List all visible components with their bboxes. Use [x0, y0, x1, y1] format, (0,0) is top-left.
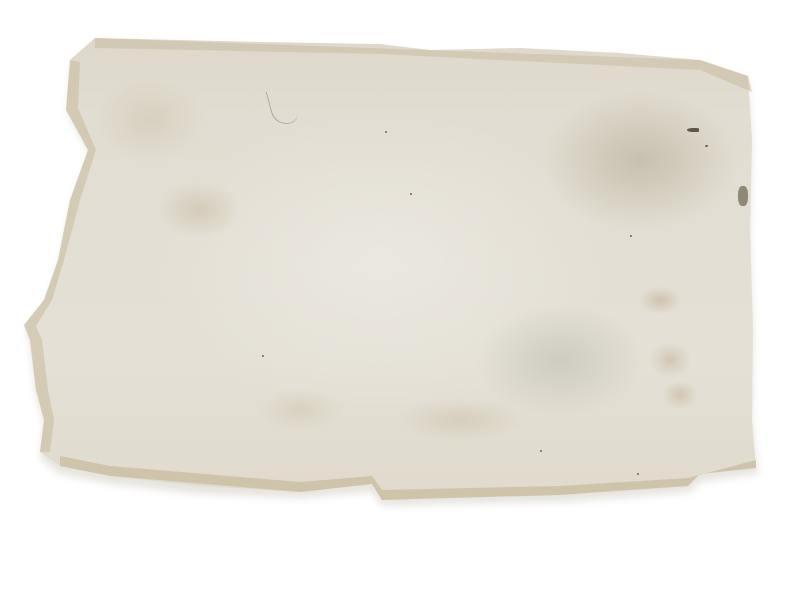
speck: [262, 355, 264, 357]
dark-stain: [738, 186, 748, 206]
speck: [637, 473, 639, 475]
speck: [385, 131, 387, 133]
speck: [630, 235, 632, 237]
speck: [705, 145, 708, 147]
ink-spot: [687, 128, 699, 132]
speck: [540, 450, 542, 452]
speck: [410, 193, 412, 195]
